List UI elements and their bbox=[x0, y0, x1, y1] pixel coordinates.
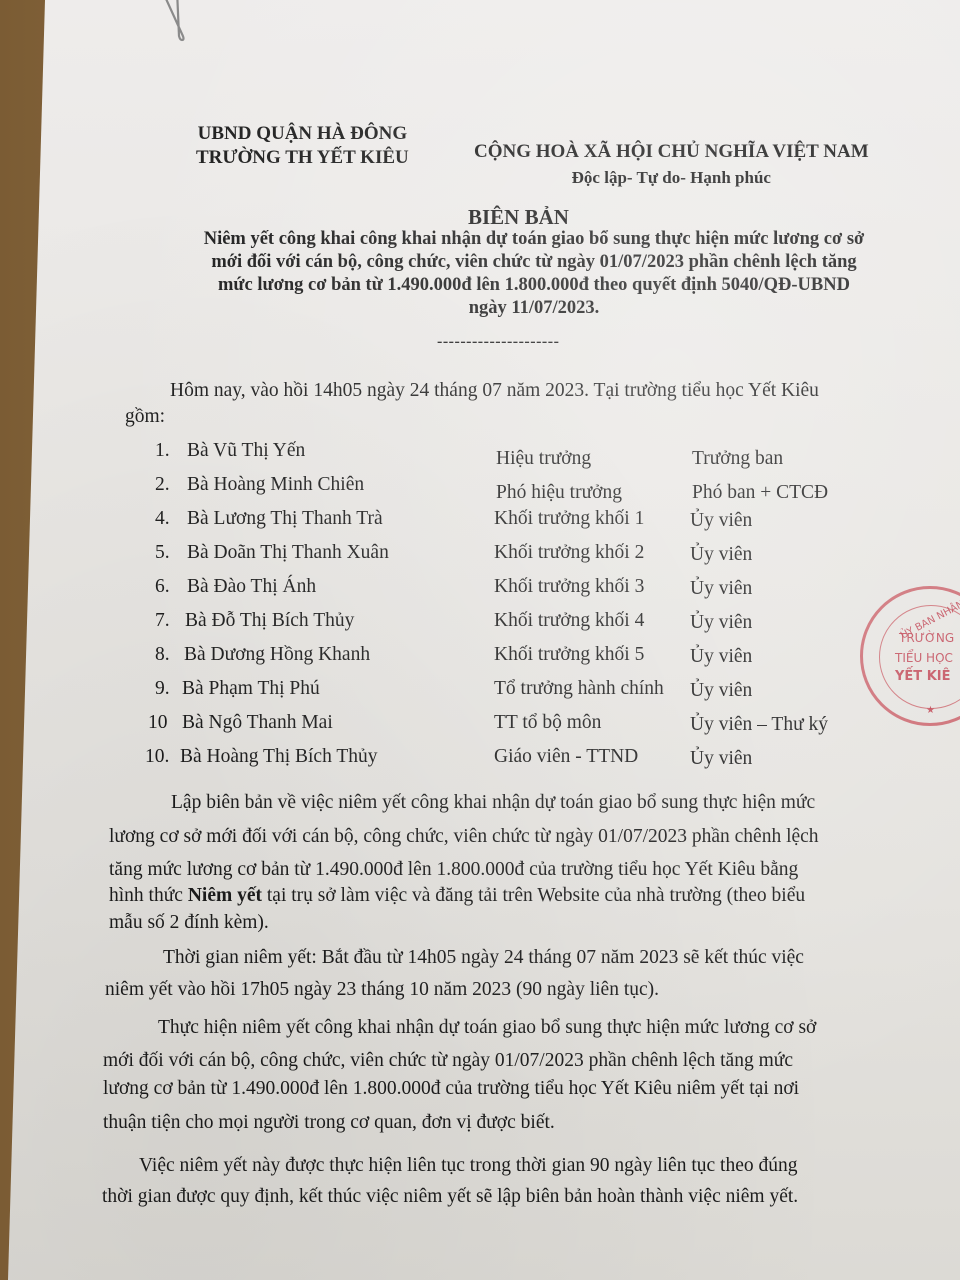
member-position: TT tổ bộ môn bbox=[494, 712, 601, 734]
para1-line4-text: hình thức bbox=[109, 885, 188, 906]
member-role: Ủy viên bbox=[690, 510, 752, 532]
member-number: 7. bbox=[155, 610, 170, 632]
para1-line1: Lập biên bản về việc niêm yết công khai … bbox=[171, 786, 815, 820]
member-position: Khối trưởng khối 2 bbox=[494, 542, 644, 564]
school-name: TRƯỜNG TH YẾT KIÊU bbox=[196, 146, 409, 170]
member-number: 10. bbox=[145, 746, 169, 768]
para4-line1: Việc niêm yết này được thực hiện liên tụ… bbox=[139, 1149, 797, 1183]
member-number: 9. bbox=[155, 678, 170, 700]
stamp-line-2: TIỂU HỌC bbox=[895, 651, 953, 665]
member-name: Bà Đào Thị Ánh bbox=[187, 576, 316, 598]
document-subtitle: Niêm yết công khai công khai nhận dự toá… bbox=[144, 228, 924, 320]
member-number: 10 bbox=[148, 712, 168, 734]
member-role: Trưởng ban bbox=[692, 448, 783, 470]
member-role: Ủy viên bbox=[690, 680, 752, 702]
stamp-line-3: YẾT KIÊ bbox=[895, 669, 950, 684]
para2-line2: niêm yết vào hồi 17h05 ngày 23 tháng 10 … bbox=[105, 973, 659, 1007]
stamp-line-1: TRƯỜNG bbox=[899, 631, 954, 645]
member-number: 6. bbox=[155, 576, 170, 598]
para3-line4: thuận tiện cho mọi người trong cơ quan, … bbox=[103, 1106, 555, 1140]
member-position: Khối trưởng khối 1 bbox=[494, 508, 644, 530]
member-position: Hiệu trưởng bbox=[496, 448, 591, 470]
member-name: Bà Hoàng Minh Chiên bbox=[187, 474, 364, 496]
separator-line: --------------------- bbox=[437, 333, 559, 351]
issuing-authority: UBND QUẬN HÀ ĐÔNG TRƯỜNG TH YẾT KIÊU bbox=[196, 122, 409, 170]
member-number: 5. bbox=[155, 542, 170, 564]
member-number: 2. bbox=[155, 474, 170, 496]
para1-line2: lương cơ sở mới đối với cán bộ, công chứ… bbox=[109, 820, 819, 854]
member-position: Giáo viên - TTND bbox=[494, 746, 638, 768]
intro-line-1: Hôm nay, vào hồi 14h05 ngày 24 tháng 07 … bbox=[170, 374, 819, 408]
para3-line1: Thực hiện niêm yết công khai nhận dự toá… bbox=[158, 1011, 816, 1045]
member-role: Ủy viên – Thư ký bbox=[690, 714, 828, 736]
member-name: Bà Vũ Thị Yến bbox=[187, 440, 305, 462]
intro-line-2: gồm: bbox=[125, 400, 165, 434]
motto: Độc lập- Tự do- Hạnh phúc bbox=[474, 165, 869, 191]
member-position: Tổ trưởng hành chính bbox=[494, 678, 664, 700]
member-role: Ủy viên bbox=[690, 612, 752, 634]
member-role: Ủy viên bbox=[690, 646, 752, 668]
para2-line1: Thời gian niêm yết: Bắt đầu từ 14h05 ngà… bbox=[163, 941, 804, 975]
para3-line3: lương cơ bản từ 1.490.000đ lên 1.800.000… bbox=[103, 1072, 799, 1106]
document-page: UBND QUẬN HÀ ĐÔNG TRƯỜNG TH YẾT KIÊU CỘN… bbox=[0, 0, 960, 1280]
member-position: Khối trưởng khối 5 bbox=[494, 644, 644, 666]
member-name: Bà Đỗ Thị Bích Thủy bbox=[185, 610, 354, 632]
member-role: Ủy viên bbox=[690, 748, 752, 770]
para1-bold-term: Niêm yết bbox=[188, 885, 262, 906]
member-name: Bà Dương Hồng Khanh bbox=[184, 644, 370, 666]
member-role: Ủy viên bbox=[690, 578, 752, 600]
district-name: UBND QUẬN HÀ ĐÔNG bbox=[196, 122, 409, 146]
national-motto: CỘNG HOÀ XÃ HỘI CHỦ NGHĨA VIỆT NAM Độc l… bbox=[474, 139, 869, 191]
member-name: Bà Phạm Thị Phú bbox=[182, 678, 320, 700]
member-position: Khối trưởng khối 3 bbox=[494, 576, 644, 598]
para1-line4-text: tại trụ sở làm việc và đăng tải trên Web… bbox=[262, 885, 805, 906]
member-role: Ủy viên bbox=[690, 544, 752, 566]
document-title: BIÊN BẢN bbox=[468, 205, 569, 230]
member-number: 4. bbox=[155, 508, 170, 530]
para1-line5: mẫu số 2 đính kèm). bbox=[109, 906, 269, 940]
member-name: Bà Hoàng Thị Bích Thủy bbox=[180, 746, 378, 768]
country-name: CỘNG HOÀ XÃ HỘI CHỦ NGHĨA VIỆT NAM bbox=[474, 139, 869, 165]
member-position: Khối trưởng khối 4 bbox=[494, 610, 644, 632]
member-name: Bà Ngô Thanh Mai bbox=[182, 712, 333, 734]
member-name: Bà Doãn Thị Thanh Xuân bbox=[187, 542, 389, 564]
member-role: Phó ban + CTCĐ bbox=[692, 482, 828, 504]
para4-line2: thời gian được quy định, kết thúc việc n… bbox=[102, 1180, 798, 1214]
subtitle-line: mức lương cơ bản từ 1.490.000đ lên 1.800… bbox=[144, 274, 924, 297]
subtitle-line: Niêm yết công khai công khai nhận dự toá… bbox=[144, 228, 924, 251]
member-name: Bà Lương Thị Thanh Trà bbox=[187, 508, 383, 530]
member-number: 1. bbox=[155, 440, 170, 462]
subtitle-line: ngày 11/07/2023. bbox=[144, 297, 924, 320]
member-number: 8. bbox=[155, 644, 170, 666]
member-position: Phó hiệu trưởng bbox=[496, 482, 622, 504]
subtitle-line: mới đối với cán bộ, công chức, viên chức… bbox=[144, 251, 924, 274]
paperclip-icon bbox=[150, 0, 190, 50]
official-stamp: ỦY BAN NHÂN DÂN QUẬN HÀ TRƯỜNG TIỂU HỌC … bbox=[860, 586, 960, 726]
star-icon: ★ bbox=[926, 705, 935, 716]
